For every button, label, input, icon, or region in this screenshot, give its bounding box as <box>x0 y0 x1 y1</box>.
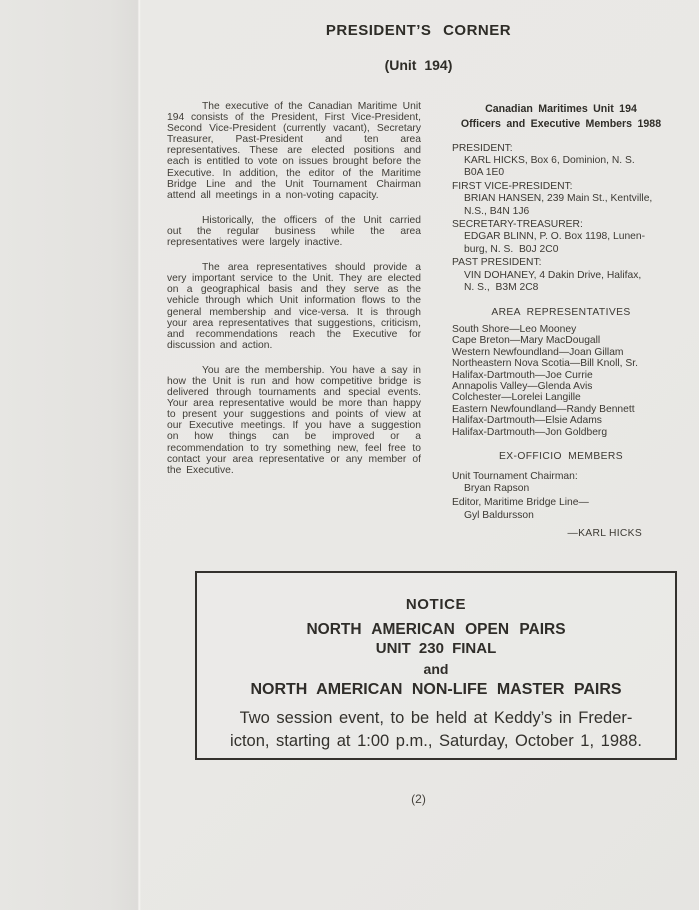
ex-officio-list: Unit Tournament Chairman: Bryan Rapson E… <box>452 471 670 522</box>
officer-address-line: BRIAN HANSEN, 239 Main St., Kentville, <box>452 193 670 205</box>
ex-officio-role: Editor, Maritime Bridge Line— <box>452 497 670 509</box>
area-rep-item: South Shore—Leo Mooney <box>452 324 670 335</box>
area-rep-item: Annapolis Valley—Glenda Avis <box>452 381 670 392</box>
notice-body: Two session event, to be held at Keddy’s… <box>197 707 675 753</box>
roster-column: Canadian Maritimes Unit 194 Officers and… <box>452 104 670 539</box>
page-gutter <box>0 0 137 910</box>
officers-list: PRESIDENT: KARL HICKS, Box 6, Dominion, … <box>452 143 670 294</box>
article-paragraph: The area representatives should provide … <box>167 262 421 351</box>
area-rep-item: Halifax-Dartmouth—Elsie Adams <box>452 415 670 426</box>
unit-subtitle: (Unit 194) <box>138 57 699 73</box>
officer-address-line: KARL HICKS, Box 6, Dominion, N. S. <box>452 155 670 167</box>
area-rep-item: Colchester—Lorelei Langille <box>452 392 670 403</box>
officer-address-line: VIN DOHANEY, 4 Dakin Drive, Halifax, <box>452 270 670 282</box>
ex-officio-name: Bryan Rapson <box>452 483 670 495</box>
article-paragraph: Historically, the officers of the Unit c… <box>167 215 421 248</box>
area-reps-heading: AREA REPRESENTATIVES <box>452 307 670 319</box>
article-paragraph: You are the membership. You have a say i… <box>167 365 421 476</box>
area-rep-item: Western Newfoundland—Joan Gillam <box>452 347 670 358</box>
notice-heading: NOTICE <box>197 597 675 612</box>
area-reps-list: South Shore—Leo Mooney Cape Breton—Mary … <box>452 324 670 438</box>
officer-entry: PRESIDENT: KARL HICKS, Box 6, Dominion, … <box>452 143 670 180</box>
notice-event-line: NORTH AMERICAN OPEN PAIRS <box>197 622 675 637</box>
officer-address-line: burg, N. S. B0J 2C0 <box>452 244 670 256</box>
ex-officio-role: Unit Tournament Chairman: <box>452 471 670 483</box>
page-title: PRESIDENT’S CORNER <box>138 22 699 39</box>
roster-title-line2: Officers and Executive Members 1988 <box>452 119 670 130</box>
ex-officio-entry: Editor, Maritime Bridge Line— Gyl Baldur… <box>452 497 670 521</box>
area-rep-item: Cape Breton—Mary MacDougall <box>452 335 670 346</box>
officer-address-line: EDGAR BLINN, P. O. Box 1198, Lunen- <box>452 231 670 243</box>
notice-conjunction: and <box>197 662 675 676</box>
officer-entry: FIRST VICE-PRESIDENT: BRIAN HANSEN, 239 … <box>452 181 670 218</box>
notice-event-line: NORTH AMERICAN NON-LIFE MASTER PAIRS <box>197 682 675 698</box>
ex-officio-heading: EX-OFFICIO MEMBERS <box>452 451 670 463</box>
officer-entry: PAST PRESIDENT: VIN DOHANEY, 4 Dakin Dri… <box>452 257 670 294</box>
area-rep-item: Eastern Newfoundland—Randy Bennett <box>452 404 670 415</box>
page-number: (2) <box>138 792 699 806</box>
notice-body-line: icton, starting at 1:00 p.m., Saturday, … <box>197 730 675 753</box>
article-column: The executive of the Canadian Maritime U… <box>167 101 421 490</box>
ex-officio-entry: Unit Tournament Chairman: Bryan Rapson <box>452 471 670 495</box>
area-rep-item: Halifax-Dartmouth—Joe Currie <box>452 370 670 381</box>
officer-role: PAST PRESIDENT: <box>452 257 670 269</box>
officer-address-line: N.S., B4N 1J6 <box>452 206 670 218</box>
notice-event-line: UNIT 230 FINAL <box>197 641 675 656</box>
roster-title-line1: Canadian Maritimes Unit 194 <box>452 104 670 115</box>
area-rep-item: Halifax-Dartmouth—Jon Goldberg <box>452 427 670 438</box>
officer-role: FIRST VICE-PRESIDENT: <box>452 181 670 193</box>
officer-entry: SECRETARY-TREASURER: EDGAR BLINN, P. O. … <box>452 219 670 256</box>
officer-role: PRESIDENT: <box>452 143 670 155</box>
author-signature: —KARL HICKS <box>452 528 670 539</box>
area-rep-item: Northeastern Nova Scotia—Bill Knoll, Sr. <box>452 358 670 369</box>
officer-address-line: B0A 1E0 <box>452 167 670 179</box>
article-paragraph: The executive of the Canadian Maritime U… <box>167 101 421 201</box>
notice-box: NOTICE NORTH AMERICAN OPEN PAIRS UNIT 23… <box>195 571 677 760</box>
officer-role: SECRETARY-TREASURER: <box>452 219 670 231</box>
ex-officio-name: Gyl Baldursson <box>452 510 670 522</box>
notice-body-line: Two session event, to be held at Keddy’s… <box>197 707 675 730</box>
officer-address-line: N. S., B3M 2C8 <box>452 282 670 294</box>
newsletter-page: PRESIDENT’S CORNER (Unit 194) The execut… <box>0 0 699 910</box>
page-fold-crease <box>137 0 141 910</box>
